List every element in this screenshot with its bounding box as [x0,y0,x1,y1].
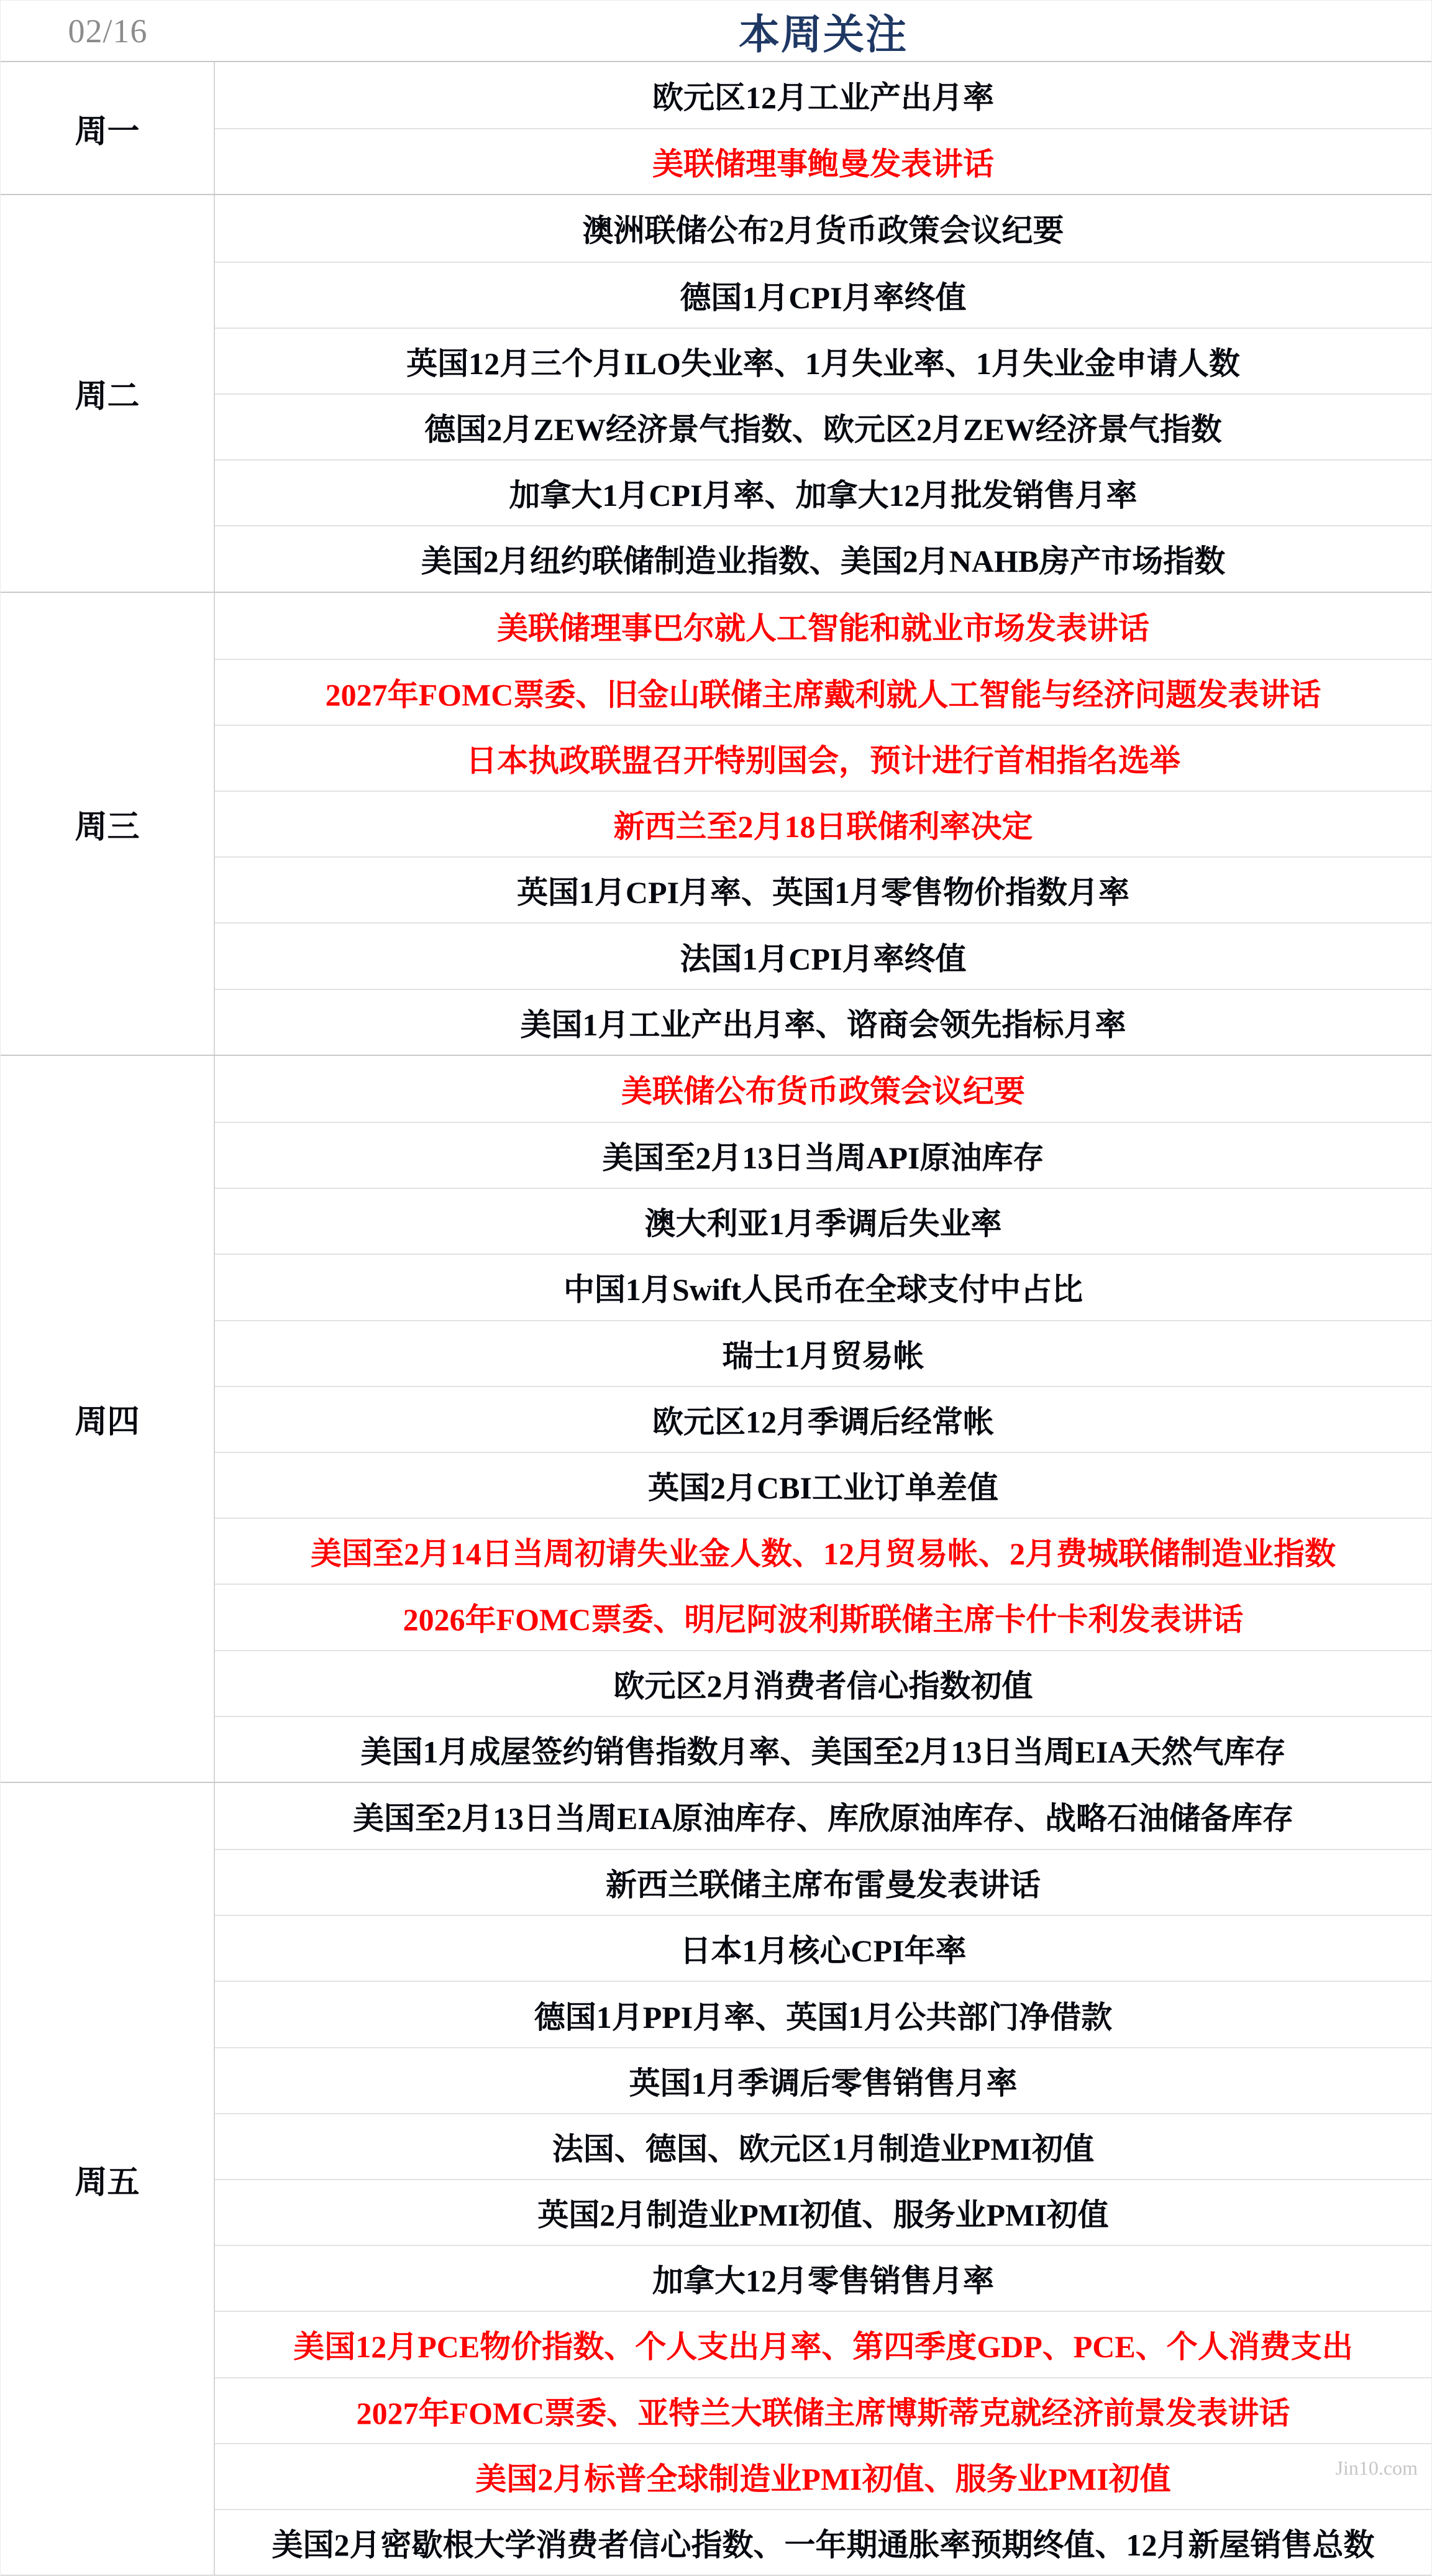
event-row: 新西兰至2月18日联储利率决定 [215,791,1431,856]
event-row: 日本执政联盟召开特别国会，预计进行首相指名选举 [215,725,1431,791]
event-row: 英国1月季调后零售销售月率 [215,2047,1431,2113]
event-row: 英国1月CPI月率、英国1月零售物价指数月率 [215,856,1431,922]
event-row: 美国至2月13日当周EIA原油库存、库欣原油库存、战略石油储备库存 [215,1783,1431,1849]
event-text: 英国1月季调后零售销售月率 [629,2058,1018,2103]
event-row: 英国2月制造业PMI初值、服务业PMI初值 [215,2179,1431,2245]
day-label: 周四 [1,1056,215,1782]
event-text: 欧元区12月季调后经常帐 [652,1397,994,1442]
event-text: 美国2月纽约联储制造业指数、美国2月NAHB房产市场指数 [421,536,1225,581]
day-group-1: 周一欧元区12月工业产出月率美联储理事鲍曼发表讲话 [1,62,1431,195]
event-row: 澳洲联储公布2月货币政策会议纪要 [215,195,1431,261]
event-text: 新西兰至2月18日联储利率决定 [614,802,1033,846]
event-text: 澳洲联储公布2月货币政策会议纪要 [583,206,1064,250]
day-label: 周三 [1,593,215,1055]
header-row: 02/16 本周关注 [1,1,1431,62]
day-group-2: 周二澳洲联储公布2月货币政策会议纪要德国1月CPI月率终值英国12月三个月ILO… [1,195,1431,592]
event-text: 美国1月工业产出月率、谘商会领先指标月率 [521,1000,1126,1045]
event-text: 欧元区12月工业产出月率 [652,73,994,117]
day-group-4: 周四美联储公布货币政策会议纪要美国至2月13日当周API原油库存澳大利亚1月季调… [1,1056,1431,1783]
event-row: 2026年FOMC票委、明尼阿波利斯联储主席卡什卡利发表讲话 [215,1584,1431,1649]
event-row: 英国12月三个月ILO失业率、1月失业率、1月失业金申请人数 [215,328,1431,393]
event-text: 美国至2月13日当周API原油库存 [602,1133,1044,1178]
event-text: 加拿大1月CPI月率、加拿大12月批发销售月率 [509,470,1137,515]
event-row: 美国2月密歇根大学消费者信心指数、一年期通胀率预期终值、12月新屋销售总数 [215,2509,1431,2575]
event-text: 中国1月Swift人民币在全球支付中占比 [563,1265,1083,1309]
event-text: 德国1月PPI月率、英国1月公共部门净借款 [534,1992,1113,2037]
day-label: 周二 [1,195,215,591]
event-row: 中国1月Swift人民币在全球支付中占比 [215,1254,1431,1319]
event-text: 德国1月CPI月率终值 [680,273,966,318]
event-row: 2027年FOMC票委、亚特兰大联储主席博斯蒂克就经济前景发表讲话 [215,2377,1431,2443]
event-row: 欧元区12月季调后经常帐 [215,1386,1431,1452]
event-text: 美国至2月13日当周EIA原油库存、库欣原油库存、战略石油储备库存 [353,1794,1293,1838]
event-text: 日本执政联盟召开特别国会，预计进行首相指名选举 [466,736,1180,781]
event-row: 加拿大12月零售销售月率 [215,2245,1431,2311]
event-row: 德国1月CPI月率终值 [215,262,1431,328]
event-text: 美国2月密歇根大学消费者信心指数、一年期通胀率预期终值、12月新屋销售总数 [272,2520,1375,2565]
day-group-3: 周三美联储理事巴尔就人工智能和就业市场发表讲话2027年FOMC票委、旧金山联储… [1,593,1431,1056]
event-row: 美国1月成屋签约销售指数月率、美国至2月13日当周EIA天然气库存 [215,1716,1431,1782]
event-row: 美国1月工业产出月率、谘商会领先指标月率 [215,989,1431,1055]
event-text: 新西兰联储主席布雷曼发表讲话 [606,1860,1041,1905]
event-text: 英国1月CPI月率、英国1月零售物价指数月率 [517,868,1129,912]
event-row: 美国12月PCE物价指数、个人支出月率、第四季度GDP、PCE、个人消费支出 [215,2311,1431,2377]
events-column: 美联储理事巴尔就人工智能和就业市场发表讲话2027年FOMC票委、旧金山联储主席… [215,593,1431,1055]
page-title: 本周关注 [215,1,1431,60]
events-column: 美国至2月13日当周EIA原油库存、库欣原油库存、战略石油储备库存新西兰联储主席… [215,1783,1431,2575]
event-row: 法国、德国、欧元区1月制造业PMI初值 [215,2113,1431,2179]
event-text: 法国1月CPI月率终值 [680,934,966,979]
events-column: 欧元区12月工业产出月率美联储理事鲍曼发表讲话 [215,62,1431,194]
event-row: 2027年FOMC票委、旧金山联储主席戴利就人工智能与经济问题发表讲话 [215,659,1431,725]
event-text: 美国至2月14日当周初请失业金人数、12月贸易帐、2月费城联储制造业指数 [311,1529,1336,1574]
event-text: 欧元区2月消费者信心指数初值 [614,1661,1033,1706]
event-text: 美联储理事巴尔就人工智能和就业市场发表讲话 [497,603,1149,648]
event-text: 美国12月PCE物价指数、个人支出月率、第四季度GDP、PCE、个人消费支出 [293,2322,1353,2367]
event-row: 欧元区2月消费者信心指数初值 [215,1650,1431,1716]
event-row: 美国2月标普全球制造业PMI初值、服务业PMI初值 [215,2443,1431,2509]
event-text: 加拿大12月零售销售月率 [652,2256,994,2301]
event-row: 德国1月PPI月率、英国1月公共部门净借款 [215,1981,1431,2047]
day-group-5: 周五美国至2月13日当周EIA原油库存、库欣原油库存、战略石油储备库存新西兰联储… [1,1783,1431,2576]
event-text: 2027年FOMC票委、亚特兰大联储主席博斯蒂克就经济前景发表讲话 [357,2388,1290,2433]
event-text: 美国2月标普全球制造业PMI初值、服务业PMI初值 [475,2454,1170,2499]
events-column: 美联储公布货币政策会议纪要美国至2月13日当周API原油库存澳大利亚1月季调后失… [215,1056,1431,1782]
event-text: 瑞士1月贸易帐 [723,1331,924,1376]
event-text: 2027年FOMC票委、旧金山联储主席戴利就人工智能与经济问题发表讲话 [326,670,1321,715]
event-row: 美国至2月13日当周API原油库存 [215,1122,1431,1188]
event-text: 英国2月CBI工业订单差值 [648,1463,998,1508]
event-row: 欧元区12月工业产出月率 [215,62,1431,128]
day-label: 周一 [1,62,215,194]
event-text: 德国2月ZEW经济景气指数、欧元区2月ZEW经济景气指数 [424,405,1221,449]
event-text: 美联储理事鲍曼发表讲话 [652,139,994,184]
watermark: Jin10.com [1336,2457,1418,2480]
date-label: 02/16 [1,12,215,50]
day-label: 周五 [1,1783,215,2575]
event-row: 美联储公布货币政策会议纪要 [215,1056,1431,1122]
event-row: 瑞士1月贸易帐 [215,1320,1431,1386]
event-text: 英国2月制造业PMI初值、服务业PMI初值 [537,2190,1108,2235]
day-groups-container: 周一欧元区12月工业产出月率美联储理事鲍曼发表讲话周二澳洲联储公布2月货币政策会… [1,62,1431,2576]
event-row: 美国至2月14日当周初请失业金人数、12月贸易帐、2月费城联储制造业指数 [215,1518,1431,1584]
event-row: 德国2月ZEW经济景气指数、欧元区2月ZEW经济景气指数 [215,393,1431,459]
event-text: 英国12月三个月ILO失业率、1月失业率、1月失业金申请人数 [406,339,1240,383]
events-column: 澳洲联储公布2月货币政策会议纪要德国1月CPI月率终值英国12月三个月ILO失业… [215,195,1431,591]
weekly-focus-calendar: 02/16 本周关注 周一欧元区12月工业产出月率美联储理事鲍曼发表讲话周二澳洲… [0,0,1432,2576]
event-text: 美联储公布货币政策会议纪要 [621,1066,1025,1111]
event-row: 加拿大1月CPI月率、加拿大12月批发销售月率 [215,459,1431,525]
event-text: 2026年FOMC票委、明尼阿波利斯联储主席卡什卡利发表讲话 [403,1595,1244,1639]
event-row: 美联储理事鲍曼发表讲话 [215,128,1431,194]
event-text: 日本1月核心CPI年率 [680,1926,966,1971]
event-row: 英国2月CBI工业订单差值 [215,1452,1431,1518]
event-row: 日本1月核心CPI年率 [215,1915,1431,1981]
event-row: 美联储理事巴尔就人工智能和就业市场发表讲话 [215,593,1431,659]
event-row: 澳大利亚1月季调后失业率 [215,1188,1431,1254]
event-row: 新西兰联储主席布雷曼发表讲话 [215,1849,1431,1915]
event-text: 澳大利亚1月季调后失业率 [645,1199,1002,1244]
event-text: 美国1月成屋签约销售指数月率、美国至2月13日当周EIA天然气库存 [361,1727,1286,1772]
event-row: 美国2月纽约联储制造业指数、美国2月NAHB房产市场指数 [215,525,1431,591]
event-row: 法国1月CPI月率终值 [215,922,1431,988]
event-text: 法国、德国、欧元区1月制造业PMI初值 [552,2124,1094,2169]
